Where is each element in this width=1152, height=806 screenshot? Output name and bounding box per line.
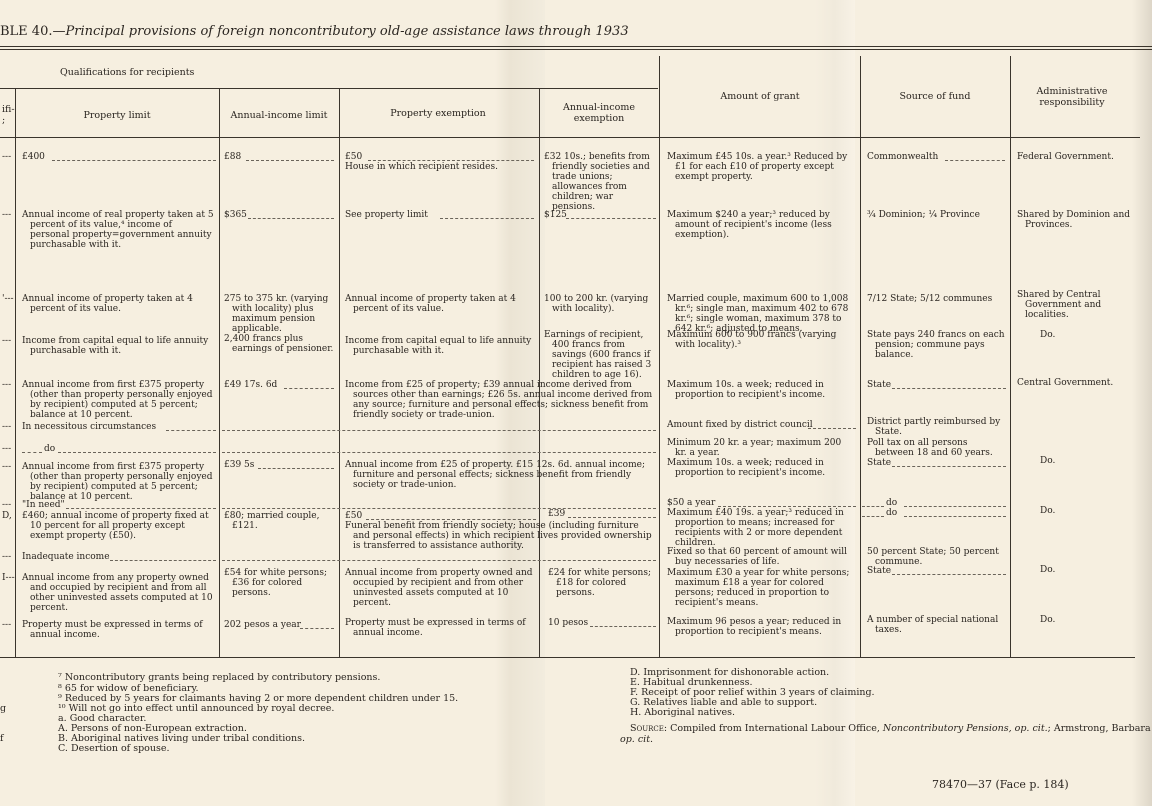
leader-dots: [892, 466, 1006, 467]
column-divider: [1010, 56, 1011, 657]
property-exemption-cell: Annual income of property taken at 4 per…: [345, 294, 535, 314]
table-bottom-rule: [0, 657, 1135, 658]
leader-dots: [22, 452, 42, 453]
header-property-limit: Property limit: [16, 110, 218, 121]
grant-cell: Maximum 600 to 900 francs (varying with …: [667, 330, 855, 350]
income-exemption-cell: £24 for white persons; £18 for colored p…: [548, 568, 656, 598]
cut-stub-fragment: I---: [2, 573, 15, 583]
leader-dots: [246, 160, 334, 161]
table-title: BLE 40.—Principal provisions of foreign …: [0, 24, 629, 39]
leader-dots: [52, 160, 216, 161]
leader-dots: [440, 218, 534, 219]
grant-cell: Minimum 20 kr. a year; maximum 200 kr. a…: [667, 438, 855, 458]
grant-cell: Fixed so that 60 percent of amount will …: [667, 547, 855, 567]
property-exemption-cell: Annual income from property owned and oc…: [345, 568, 535, 608]
admin-cell: Do.: [1040, 615, 1130, 625]
income-exemption-cell: 100 to 200 kr. (varying with locality).: [544, 294, 656, 314]
property-exemption-cell: Income from capital equal to life annuit…: [345, 336, 535, 356]
leader-dots: [222, 430, 656, 431]
property-limit-cell: Annual income from first £375 property (…: [22, 462, 214, 502]
source-note: Source: Compiled from International Labo…: [630, 723, 1152, 734]
income-limit-cell: 275 to 375 kr. (varying with locality) p…: [224, 294, 334, 334]
source-citation: op. cit.: [620, 734, 653, 745]
grant-cell: Maximum 96 pesos a year; reduced in prop…: [667, 617, 855, 637]
source-cell: District partly reimbursed by State.: [867, 417, 1005, 437]
property-exemption-span-cell: Income from £25 of property; £39 annual …: [345, 380, 655, 420]
leader-dots: [366, 519, 536, 520]
cut-stub-fragment: D,: [2, 511, 12, 521]
leader-dots: [904, 516, 1006, 517]
page-number: 78470—37 (Face p. 184): [932, 778, 1069, 791]
column-divider: [539, 89, 540, 657]
property-exemption-cell: Property must be expressed in terms of a…: [345, 618, 535, 638]
column-divider: [659, 56, 660, 657]
grant-cell: Married couple, maximum 600 to 1,008 kr.…: [667, 294, 855, 334]
header-group-rule: [0, 88, 658, 89]
cut-stub-fragment: ---: [2, 462, 11, 472]
leader-dots: [892, 574, 1006, 575]
footnote: ⁷ Noncontributory grants being replaced …: [58, 672, 380, 683]
leader-dots: [892, 388, 1006, 389]
admin-cell: Do.: [1040, 506, 1130, 516]
page-fold-shadow: [815, 0, 855, 806]
top-rule: [0, 46, 1152, 47]
cut-stub-fragment: ---: [2, 552, 11, 562]
exemption-span-cell: Funeral benefit from friendly society; h…: [345, 521, 655, 551]
admin-cell: Shared by Dominion and Provinces.: [1017, 210, 1135, 230]
leader-dots: [110, 560, 216, 561]
property-limit-cell: Annual income from any property owned an…: [22, 573, 214, 613]
column-divider: [219, 89, 220, 657]
source-text: Compiled from International Labour Offic…: [670, 723, 880, 734]
column-divider: [15, 89, 16, 657]
income-exemption-cell: Earnings of recipient, 400 francs from s…: [544, 330, 656, 380]
leader-dots: [904, 506, 1006, 507]
source-cell: State pays 240 francs on each pension; c…: [867, 330, 1005, 360]
source-text: ; Armstrong, Barbara Nachtrieb,: [1048, 723, 1152, 734]
leader-dots: [862, 506, 884, 507]
leader-dots: [222, 560, 656, 561]
source-label: Source:: [630, 723, 667, 734]
cut-footnote-fragment: f: [0, 733, 4, 744]
header-property-exemption: Property exemption: [340, 108, 536, 119]
grant-cell: Maximum 10s. a week; reduced in proporti…: [667, 458, 855, 478]
source-cell: Poll tax on all persons between 18 and 6…: [867, 438, 1005, 458]
source-cell: A number of special national taxes.: [867, 615, 1005, 635]
cut-stub-fragment: ---: [2, 336, 11, 346]
income-limit-cell: 2,400 francs plus earnings of pensioner.: [224, 334, 334, 354]
admin-cell: Central Government.: [1017, 378, 1135, 388]
admin-cell: Do.: [1040, 330, 1130, 340]
cut-stub-fragment: ---: [2, 620, 11, 630]
admin-cell: Do.: [1040, 565, 1130, 575]
property-limit-cell: Annual income of real property taken at …: [22, 210, 214, 250]
leader-dots: [808, 428, 856, 429]
header-annual-income-exemption: Annual-income exemption: [544, 102, 654, 124]
cut-stub-fragment: ---: [2, 210, 11, 220]
leader-dots: [166, 430, 216, 431]
leader-dots: [862, 516, 884, 517]
source-cell: 7/12 State; 5/12 communes: [867, 294, 1005, 304]
grant-cell: Maximum £45 10s. a year.³ Reduced by £1 …: [667, 152, 855, 182]
property-limit-cell: Annual income of property taken at 4 per…: [22, 294, 214, 314]
header-amount-of-grant: Amount of grant: [662, 91, 858, 102]
cut-stub-fragment: ---: [2, 444, 11, 454]
property-limit-cell: £460; annual income of property fixed at…: [22, 511, 214, 541]
header-administrative-responsibility: Administrative responsibility: [1012, 86, 1132, 108]
cut-stub-fragment: ---: [2, 500, 11, 510]
income-limit-cell: £80; married couple, £121.: [224, 511, 334, 531]
column-divider: [339, 89, 340, 657]
leader-dots: [568, 517, 656, 518]
leader-dots: [248, 218, 334, 219]
top-rule-2: [0, 49, 1152, 50]
source-note-continued: op. cit.: [620, 734, 653, 745]
column-divider: [860, 56, 861, 657]
income-exemption-cell: £32 10s.; benefits from friendly societi…: [544, 152, 656, 212]
table-caption: —Principal provisions of foreign noncont…: [52, 24, 628, 39]
page-edge-shadow: [1132, 0, 1152, 806]
leader-dots: [368, 160, 534, 161]
leader-dots: [300, 628, 334, 629]
grant-cell: Maximum £40 19s. a year;³ reduced in pro…: [667, 508, 855, 548]
leader-dots: [258, 468, 334, 469]
admin-cell: Shared by Central Government and localit…: [1017, 290, 1135, 320]
leader-dots: [222, 452, 656, 453]
source-cell: ¾ Dominion; ¼ Province: [867, 210, 1005, 220]
header-bottom-rule: [0, 137, 1140, 138]
property-exemption-cell: £50 House in which recipient resides.: [345, 152, 535, 172]
cut-stub-fragment: ---: [2, 422, 11, 432]
header-annual-income-limit: Annual-income limit: [220, 110, 338, 121]
footnote: C. Desertion of spouse.: [58, 743, 170, 754]
property-limit-cell: Property must be expressed in terms of a…: [22, 620, 214, 640]
income-limit-cell: £54 for white persons; £36 for colored p…: [224, 568, 334, 598]
admin-cell: Do.: [1040, 456, 1130, 466]
cut-stub-fragment: ---: [2, 380, 11, 390]
cut-footnote-fragment: g: [0, 703, 6, 714]
source-cell: 50 percent State; 50 percent commune.: [867, 547, 1005, 567]
footnote: H. Aboriginal natives.: [630, 707, 735, 718]
leader-dots: [66, 508, 216, 509]
leader-dots: [284, 388, 334, 389]
leader-dots: [58, 452, 216, 453]
header-source-of-fund: Source of fund: [862, 91, 1008, 102]
cut-stub-fragment: '---: [2, 294, 14, 304]
cut-stub-fragment: ---: [2, 152, 11, 162]
leader-dots: [945, 160, 1005, 161]
grant-cell: Maximum 10s. a week; reduced in proporti…: [667, 380, 855, 400]
property-limit-cell: Annual income from first £375 property (…: [22, 380, 214, 420]
header-group-qualifications: Qualifications for recipients: [60, 67, 280, 78]
grant-cell: Maximum £30 a year for white persons; ma…: [667, 568, 855, 608]
grant-cell: Maximum $240 a year;³ reduced by amount …: [667, 210, 855, 240]
property-exemption-span-cell: Annual income from £25 of property. £15 …: [345, 460, 655, 490]
leader-dots: [590, 626, 656, 627]
header-cut-fragment: ifi- ;: [2, 104, 14, 126]
admin-cell: Federal Government.: [1017, 152, 1137, 162]
leader-dots: [718, 506, 856, 507]
source-citation: Noncontributory Pensions, op. cit.: [883, 723, 1048, 734]
leader-dots: [566, 218, 656, 219]
table-number: BLE 40.: [0, 24, 52, 39]
property-limit-cell: Income from capital equal to life annuit…: [22, 336, 214, 356]
